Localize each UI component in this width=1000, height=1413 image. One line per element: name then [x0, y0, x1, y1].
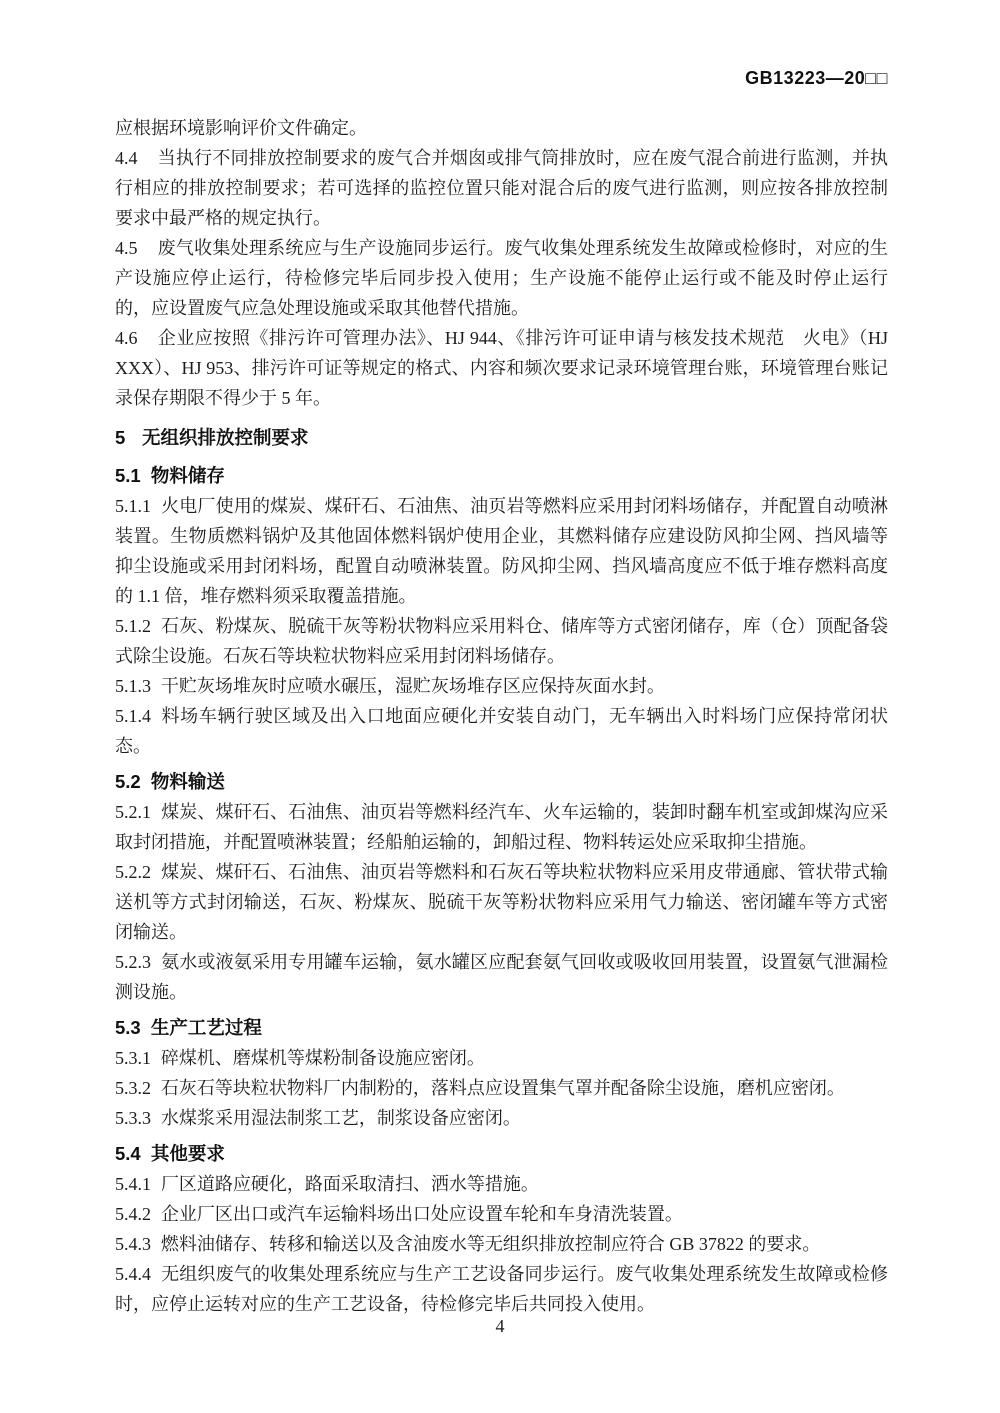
clause-4-5: 4.5废气收集处理系统应与生产设施同步运行。废气收集处理系统发生故障或检修时，对…	[115, 233, 888, 323]
clause-number: 5.3.1	[115, 1048, 151, 1068]
paragraph-continuation: 应根据环境影响评价文件确定。	[115, 113, 888, 143]
clause-5-2-1: 5.2.1煤炭、煤矸石、石油焦、油页岩等燃料经汽车、火车运输的，装卸时翻车机室或…	[115, 797, 888, 857]
clause-text: 火电厂使用的煤炭、煤矸石、石油焦、油页岩等燃料应采用封闭料场储存，并配置自动喷淋…	[115, 496, 888, 606]
clause-5-2-2: 5.2.2煤炭、煤矸石、石油焦、油页岩等燃料和石灰石等块粒状物料应采用皮带通廊、…	[115, 857, 888, 947]
section-number: 5.3	[115, 1017, 141, 1038]
clause-5-4-4: 5.4.4无组织废气的收集处理系统应与生产工艺设备同步运行。废气收集处理系统发生…	[115, 1259, 888, 1319]
clause-5-2-3: 5.2.3氨水或液氨采用专用罐车运输，氨水罐区应配套氨气回收或吸收回用装置，设置…	[115, 947, 888, 1007]
section-title: 生产工艺过程	[151, 1017, 262, 1038]
clause-text: 企业厂区出口或汽车运输料场出口处应设置车轮和车身清洗装置。	[161, 1204, 683, 1224]
chapter-5-heading: 5无组织排放控制要求	[115, 423, 888, 453]
clause-4-6: 4.6企业应按照《排污许可管理办法》、HJ 944、《排污许可证申请与核发技术规…	[115, 323, 888, 413]
clause-number: 5.1.2	[115, 616, 151, 636]
clause-number: 4.4	[115, 148, 138, 168]
clause-number: 5.4.2	[115, 1204, 151, 1224]
clause-5-4-1: 5.4.1厂区道路应硬化，路面采取清扫、洒水等措施。	[115, 1169, 888, 1199]
clause-5-3-3: 5.3.3水煤浆采用湿法制浆工艺，制浆设备应密闭。	[115, 1103, 888, 1133]
section-title: 物料储存	[151, 465, 225, 486]
section-number: 5.1	[115, 465, 141, 486]
section-5-1-heading: 5.1物料储存	[115, 461, 888, 491]
clause-number: 5.2.1	[115, 802, 151, 822]
clause-5-1-4: 5.1.4料场车辆行驶区域及出入口地面应硬化并安装自动门，无车辆出入时料场门应保…	[115, 701, 888, 761]
section-5-2-heading: 5.2物料输送	[115, 767, 888, 797]
clause-text: 企业应按照《排污许可管理办法》、HJ 944、《排污许可证申请与核发技术规范 火…	[115, 328, 888, 408]
clause-5-1-1: 5.1.1火电厂使用的煤炭、煤矸石、石油焦、油页岩等燃料应采用封闭料场储存，并配…	[115, 491, 888, 611]
clause-number: 5.1.3	[115, 676, 151, 696]
clause-number: 5.2.2	[115, 862, 151, 882]
page-number: 4	[0, 1316, 1000, 1337]
section-5-3-heading: 5.3生产工艺过程	[115, 1013, 888, 1043]
clause-text: 石灰、粉煤灰、脱硫干灰等粉状物料应采用料仓、储库等方式密闭储存，库（仓）顶配备袋…	[115, 616, 888, 666]
clause-text: 料场车辆行驶区域及出入口地面应硬化并安装自动门，无车辆出入时料场门应保持常闭状态…	[115, 706, 888, 756]
clause-5-1-2: 5.1.2石灰、粉煤灰、脱硫干灰等粉状物料应采用料仓、储库等方式密闭储存，库（仓…	[115, 611, 888, 671]
clause-number: 5.4.1	[115, 1174, 151, 1194]
clause-number: 4.5	[115, 238, 138, 258]
document-body: 应根据环境影响评价文件确定。 4.4当执行不同排放控制要求的废气合并烟囱或排气筒…	[115, 113, 888, 1319]
section-title: 物料输送	[151, 771, 225, 792]
clause-number: 5.4.3	[115, 1234, 151, 1254]
clause-number: 5.3.2	[115, 1078, 151, 1098]
clause-5-3-1: 5.3.1碎煤机、磨煤机等煤粉制备设施应密闭。	[115, 1043, 888, 1073]
clause-text: 厂区道路应硬化，路面采取清扫、洒水等措施。	[161, 1174, 539, 1194]
clause-text: 燃料油储存、转移和输送以及含油废水等无组织排放控制应符合 GB 37822 的要…	[161, 1234, 821, 1254]
clause-4-4: 4.4当执行不同排放控制要求的废气合并烟囱或排气筒排放时，应在废气混合前进行监测…	[115, 143, 888, 233]
clause-number: 5.2.3	[115, 952, 151, 972]
standard-code-header: GB13223—20□□	[745, 68, 888, 89]
chapter-number: 5	[115, 427, 125, 448]
document-page: GB13223—20□□ 应根据环境影响评价文件确定。 4.4当执行不同排放控制…	[0, 0, 1000, 1413]
chapter-title: 无组织排放控制要求	[142, 427, 309, 448]
clause-number: 5.3.3	[115, 1108, 151, 1128]
section-number: 5.4	[115, 1143, 141, 1164]
clause-text: 石灰石等块粒状物料厂内制粉的，落料点应设置集气罩并配备除尘设施，磨机应密闭。	[161, 1078, 845, 1098]
section-title: 其他要求	[151, 1143, 225, 1164]
clause-text: 氨水或液氨采用专用罐车运输，氨水罐区应配套氨气回收或吸收回用装置，设置氨气泄漏检…	[115, 952, 888, 1002]
clause-text: 煤炭、煤矸石、石油焦、油页岩等燃料经汽车、火车运输的，装卸时翻车机室或卸煤沟应采…	[115, 802, 888, 852]
clause-text: 碎煤机、磨煤机等煤粉制备设施应密闭。	[161, 1048, 485, 1068]
clause-number: 5.1.4	[115, 706, 151, 726]
clause-5-4-2: 5.4.2企业厂区出口或汽车运输料场出口处应设置车轮和车身清洗装置。	[115, 1199, 888, 1229]
clause-text: 水煤浆采用湿法制浆工艺，制浆设备应密闭。	[161, 1108, 521, 1128]
clause-5-3-2: 5.3.2石灰石等块粒状物料厂内制粉的，落料点应设置集气罩并配备除尘设施，磨机应…	[115, 1073, 888, 1103]
clause-text: 无组织废气的收集处理系统应与生产工艺设备同步运行。废气收集处理系统发生故障或检修…	[115, 1264, 888, 1314]
clause-number: 5.4.4	[115, 1264, 151, 1284]
section-number: 5.2	[115, 771, 141, 792]
clause-text: 干贮灰场堆灰时应喷水碾压，湿贮灰场堆存区应保持灰面水封。	[161, 676, 665, 696]
section-5-4-heading: 5.4其他要求	[115, 1139, 888, 1169]
clause-5-1-3: 5.1.3干贮灰场堆灰时应喷水碾压，湿贮灰场堆存区应保持灰面水封。	[115, 671, 888, 701]
clause-text: 当执行不同排放控制要求的废气合并烟囱或排气筒排放时，应在废气混合前进行监测，并执…	[115, 148, 888, 228]
clause-5-4-3: 5.4.3燃料油储存、转移和输送以及含油废水等无组织排放控制应符合 GB 378…	[115, 1229, 888, 1259]
clause-number: 5.1.1	[115, 496, 151, 516]
clause-text: 煤炭、煤矸石、石油焦、油页岩等燃料和石灰石等块粒状物料应采用皮带通廊、管状带式输…	[115, 862, 888, 942]
clause-text: 废气收集处理系统应与生产设施同步运行。废气收集处理系统发生故障或检修时，对应的生…	[115, 238, 888, 318]
clause-number: 4.6	[115, 328, 138, 348]
